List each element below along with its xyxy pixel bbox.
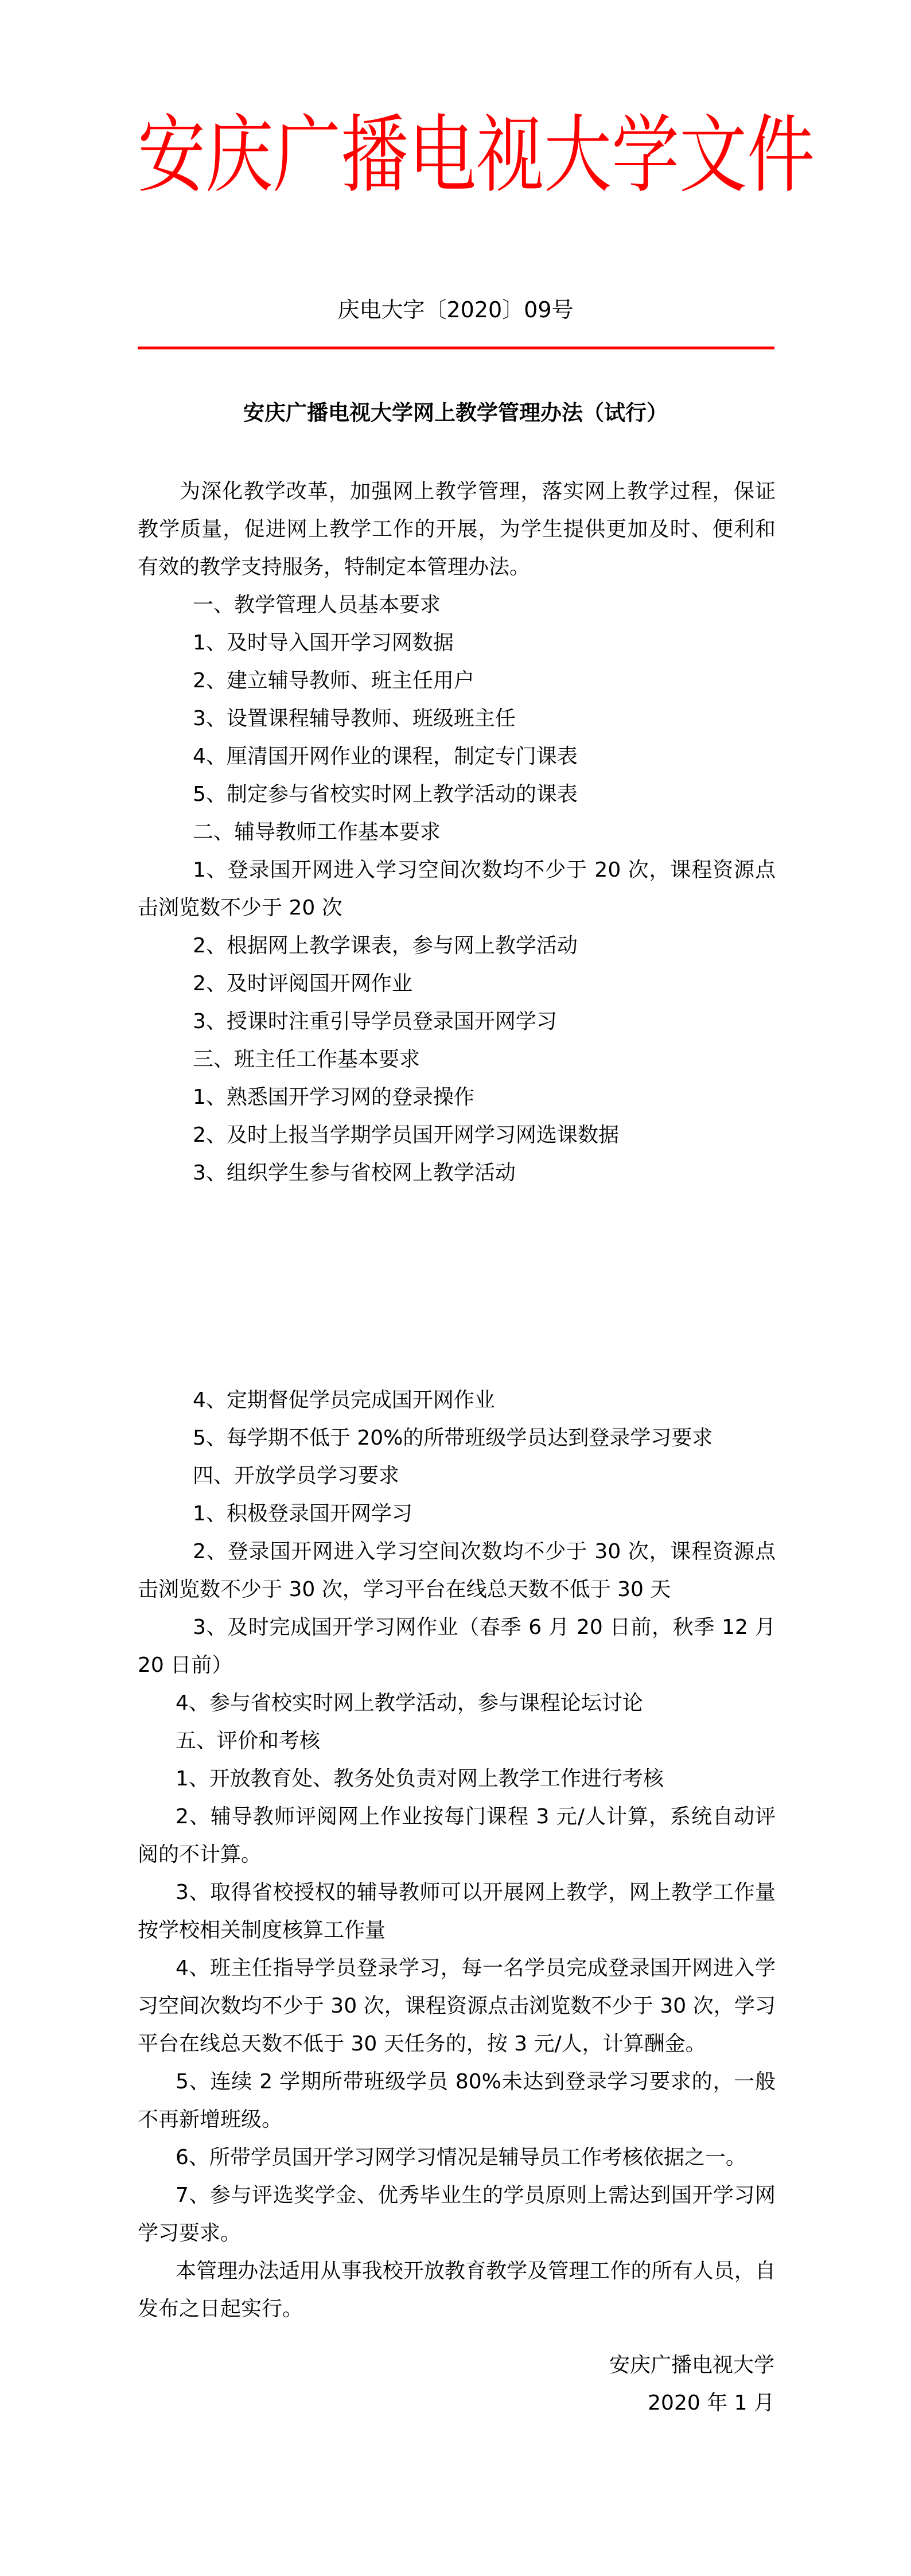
- red-title-char: 播: [341, 98, 408, 212]
- body-paragraph: 4、班主任指导学员登录学习，每一名学员完成登录国开网进入学习空间次数均不少于 3…: [138, 1949, 776, 2063]
- body-paragraph: 2、及时上报当学期学员国开网学习网选课数据: [138, 1116, 776, 1154]
- body-paragraph: 3、及时完成国开学习网作业（春季 6 月 20 日前，秋季 12 月 20 日前…: [138, 1609, 776, 1684]
- body-paragraph: 5、每学期不低于 20%的所带班级学员达到登录学习要求: [138, 1419, 776, 1457]
- body-paragraph: 2、建立辅导教师、班主任用户: [138, 662, 776, 700]
- body-paragraph: 1、积极登录国开网学习: [138, 1495, 776, 1533]
- page-2-body: 4、定期督促学员完成国开网作业5、每学期不低于 20%的所带班级学员达到登录学习…: [138, 1382, 776, 2328]
- body-paragraph: 三、班主任工作基本要求: [138, 1041, 776, 1079]
- body-paragraph: 4、定期督促学员完成国开网作业: [138, 1382, 776, 1419]
- red-title-char: 件: [747, 98, 815, 212]
- body-paragraph: 2、根据网上教学课表，参与网上教学活动: [138, 927, 776, 965]
- body-paragraph: 5、连续 2 学期所带班级学员 80%未达到登录学习要求的，一般不再新增班级。: [138, 2063, 776, 2139]
- red-title-char: 广: [273, 98, 341, 212]
- body-paragraph: 一、教学管理人员基本要求: [138, 586, 776, 624]
- body-paragraph: 二、辅导教师工作基本要求: [138, 814, 776, 851]
- body-paragraph: 3、取得省校授权的辅导教师可以开展网上教学，网上教学工作量按学校相关制度核算工作…: [138, 1874, 776, 1949]
- red-header-title: 安 庆 广 播 电 视 大 学 文 件: [138, 98, 786, 212]
- body-paragraph: 1、开放教育处、教务处负责对网上教学工作进行考核: [138, 1760, 776, 1798]
- body-paragraph: 1、及时导入国开学习网数据: [138, 624, 776, 662]
- body-paragraph: 4、厘清国开网作业的课程，制定专门课表: [138, 738, 776, 776]
- red-title-char: 电: [408, 98, 476, 212]
- body-paragraph: 5、制定参与省校实时网上教学活动的课表: [138, 776, 776, 814]
- body-paragraph: 五、评价和考核: [138, 1722, 776, 1760]
- red-title-char: 安: [138, 98, 205, 212]
- red-title-char: 视: [476, 98, 544, 212]
- body-paragraph: 4、参与省校实时网上教学活动，参与课程论坛讨论: [138, 1684, 776, 1722]
- body-paragraph: 为深化教学改革，加强网上教学管理，落实网上教学过程，保证教学质量，促进网上教学工…: [138, 473, 776, 586]
- signature-organization: 安庆广播电视大学: [609, 2347, 774, 2384]
- body-paragraph: 2、及时评阅国开网作业: [138, 965, 776, 1003]
- body-paragraph: 7、参与评选奖学金、优秀毕业生的学员原则上需达到国开学习网学习要求。: [138, 2177, 776, 2252]
- body-paragraph: 3、授课时注重引导学员登录国开网学习: [138, 1003, 776, 1041]
- body-paragraph: 2、登录国开网进入学习空间次数均不少于 30 次，课程资源点击浏览数不少于 30…: [138, 1533, 776, 1609]
- body-paragraph: 四、开放学员学习要求: [138, 1457, 776, 1495]
- body-paragraph: 3、组织学生参与省校网上教学活动: [138, 1154, 776, 1192]
- body-paragraph: 1、熟悉国开学习网的登录操作: [138, 1079, 776, 1116]
- red-title-char: 大: [544, 98, 612, 212]
- document-page-1: 安 庆 广 播 电 视 大 学 文 件 庆电大字〔2020〕09号 安庆广播电视…: [0, 0, 911, 1262]
- body-paragraph: 3、设置课程辅导教师、班级班主任: [138, 700, 776, 738]
- red-title-char: 文: [679, 98, 747, 212]
- body-paragraph: 1、登录国开网进入学习空间次数均不少于 20 次，课程资源点击浏览数不少于 20…: [138, 851, 776, 927]
- document-title: 安庆广播电视大学网上教学管理办法（试行）: [0, 396, 911, 430]
- document-number: 庆电大字〔2020〕09号: [0, 293, 911, 327]
- body-paragraph: 2、辅导教师评阅网上作业按每门课程 3 元/人计算，系统自动评阅的不计算。: [138, 1798, 776, 1874]
- page-1-body: 为深化教学改革，加强网上教学管理，落实网上教学过程，保证教学质量，促进网上教学工…: [138, 473, 776, 1192]
- red-divider-line: [138, 347, 774, 349]
- body-paragraph: 本管理办法适用从事我校开放教育教学及管理工作的所有人员，自发布之日起实行。: [138, 2252, 776, 2328]
- body-paragraph: 6、所带学员国开学习网学习情况是辅导员工作考核依据之一。: [138, 2139, 776, 2177]
- red-title-char: 庆: [205, 98, 273, 212]
- red-title-char: 学: [612, 98, 679, 212]
- signature-date: 2020 年 1 月: [648, 2384, 774, 2422]
